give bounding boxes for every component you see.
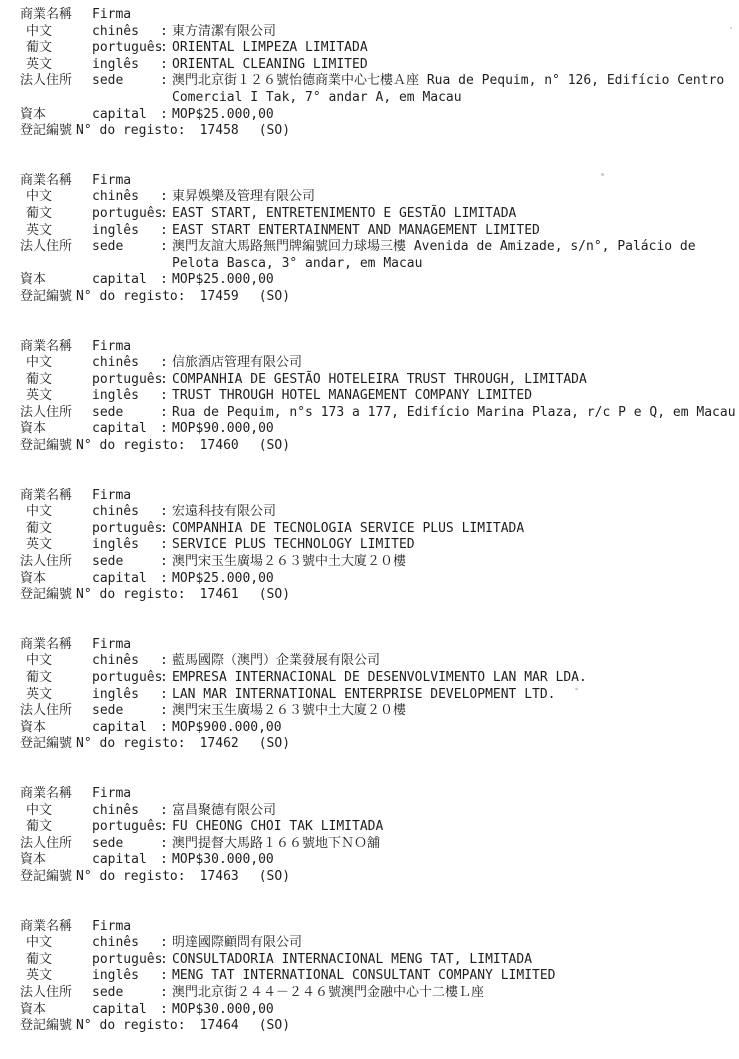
field-label-pt: português — [92, 952, 160, 969]
company-name-zh: 宏遠科技有限公司 — [172, 504, 276, 521]
field-label-pt: capital — [92, 272, 160, 289]
field-label-zh: 中文 — [20, 935, 92, 952]
field-label-zh: 資本 — [20, 571, 92, 588]
field-row-capital: 資本 capital : MOP$90.000,00 — [20, 421, 739, 438]
colon-separator: : — [160, 421, 172, 438]
field-label-zh: 法人住所 — [20, 73, 92, 106]
field-label-zh: 葡文 — [20, 40, 92, 57]
field-label-zh: 葡文 — [20, 952, 92, 969]
company-name-pt: COMPANHIA DE GESTÃO HOTELEIRA TRUST THRO… — [172, 372, 587, 389]
colon-separator: : — [160, 189, 172, 206]
field-label-pt: N° do registo: — [76, 123, 186, 140]
company-name-en: ORIENTAL CLEANING LIMITED — [172, 57, 368, 74]
field-row-sede: 法人住所 sede : 澳門北京街２４４－２４６號澳門金融中心十二樓Ｌ座 — [20, 985, 739, 1002]
colon-separator: : — [160, 206, 172, 223]
colon-separator: : — [160, 670, 172, 687]
field-row-capital: 資本 capital : MOP$30.000,00 — [20, 1002, 739, 1019]
registered-address: 澳門友誼大馬路無門牌編號回力球場三樓 Avenida de Amizade, s… — [172, 239, 696, 272]
colon-separator: : — [160, 803, 172, 820]
colon-separator: : — [160, 935, 172, 952]
colon-separator: : — [160, 239, 172, 272]
field-label-pt: sede — [92, 703, 160, 720]
field-label-pt: sede — [92, 554, 160, 571]
field-label-zh: 商業名稱 — [20, 488, 92, 505]
field-label-pt: chinês — [92, 935, 160, 952]
field-label-zh: 葡文 — [20, 372, 92, 389]
field-label-pt: português — [92, 670, 160, 687]
field-label-pt: sede — [92, 985, 160, 1002]
field-label-zh: 中文 — [20, 653, 92, 670]
registry-entry: 商業名稱 Firma 中文 chinês : 東昇娛樂及管理有限公司 葡文 po… — [20, 173, 739, 306]
field-label-pt: sede — [92, 73, 160, 106]
field-label-zh: 資本 — [20, 272, 92, 289]
field-label-zh: 資本 — [20, 852, 92, 869]
scan-noise-speck — [730, 27, 732, 29]
colon-separator: : — [160, 952, 172, 969]
field-label-pt: capital — [92, 1002, 160, 1019]
field-label-pt: chinês — [92, 803, 160, 820]
company-name-pt: FU CHEONG CHOI TAK LIMITADA — [172, 819, 383, 836]
field-row-registo: 登記編號 N° do registo: 17459 (SO) — [20, 289, 739, 306]
field-label-zh: 中文 — [20, 24, 92, 41]
field-row-chinese-name: 中文 chinês : 宏遠科技有限公司 — [20, 504, 739, 521]
field-label-pt: Firma — [92, 488, 160, 505]
registration-tag: (SO) — [259, 438, 290, 455]
field-row-english-name: 英文 inglês : MENG TAT INTERNATIONAL CONSU… — [20, 968, 739, 985]
field-row-capital: 資本 capital : MOP$30.000,00 — [20, 852, 739, 869]
capital-amount: MOP$90.000,00 — [172, 421, 274, 438]
colon-separator: : — [160, 985, 172, 1002]
registration-number: 17458 — [200, 123, 239, 140]
company-name-zh: 藍馬國際（澳門）企業發展有限公司 — [172, 653, 380, 670]
field-label-pt: N° do registo: — [76, 1018, 186, 1035]
field-label-zh: 登記編號 — [20, 1018, 72, 1035]
field-label-pt: português — [92, 372, 160, 389]
field-label-pt: capital — [92, 571, 160, 588]
company-name-pt: EAST START, ENTRETENIMENTO E GESTÃO LIMI… — [172, 206, 516, 223]
field-row-registo: 登記編號 N° do registo: 17461 (SO) — [20, 587, 739, 604]
field-row-firma: 商業名稱 Firma — [20, 488, 739, 505]
registration-tag: (SO) — [259, 1018, 290, 1035]
registration-tag: (SO) — [259, 123, 290, 140]
capital-amount: MOP$30.000,00 — [172, 852, 274, 869]
colon-separator: : — [160, 372, 172, 389]
field-row-firma: 商業名稱 Firma — [20, 637, 739, 654]
registration-number: 17464 — [200, 1018, 239, 1035]
field-row-english-name: 英文 inglês : TRUST THROUGH HOTEL MANAGEME… — [20, 388, 739, 405]
field-label-zh: 英文 — [20, 968, 92, 985]
field-label-pt: capital — [92, 421, 160, 438]
field-label-zh: 商業名稱 — [20, 7, 92, 24]
field-row-english-name: 英文 inglês : EAST START ENTERTAINMENT AND… — [20, 223, 739, 240]
field-label-pt: chinês — [92, 24, 160, 41]
colon-separator: : — [160, 355, 172, 372]
field-label-zh: 資本 — [20, 421, 92, 438]
field-row-firma: 商業名稱 Firma — [20, 339, 739, 356]
field-label-zh: 商業名稱 — [20, 637, 92, 654]
field-label-pt: inglês — [92, 968, 160, 985]
address-line: 澳門宋玉生廣場２６３號中土大廈２０樓 — [172, 554, 406, 571]
field-label-zh: 登記編號 — [20, 869, 72, 886]
capital-amount: MOP$30.000,00 — [172, 1002, 274, 1019]
field-label-zh: 英文 — [20, 223, 92, 240]
field-row-sede: 法人住所 sede : 澳門友誼大馬路無門牌編號回力球場三樓 Avenida d… — [20, 239, 739, 272]
address-line: Rua de Pequim, n°s 173 a 177, Edifício M… — [172, 405, 736, 422]
registry-entry: 商業名稱 Firma 中文 chinês : 信旅酒店管理有限公司 葡文 por… — [20, 339, 739, 455]
field-label-zh: 商業名稱 — [20, 173, 92, 190]
field-row-capital: 資本 capital : MOP$25.000,00 — [20, 571, 739, 588]
field-label-zh: 英文 — [20, 537, 92, 554]
field-label-zh: 登記編號 — [20, 736, 72, 753]
field-row-english-name: 英文 inglês : LAN MAR INTERNATIONAL ENTERP… — [20, 687, 739, 704]
registration-tag: (SO) — [259, 587, 290, 604]
field-row-portuguese-name: 葡文 português : EAST START, ENTRETENIMENT… — [20, 206, 739, 223]
registry-entry: 商業名稱 Firma 中文 chinês : 富昌聚德有限公司 葡文 portu… — [20, 786, 739, 886]
colon-separator: : — [160, 703, 172, 720]
company-name-pt: CONSULTADORIA INTERNACIONAL MENG TAT, LI… — [172, 952, 532, 969]
capital-amount: MOP$25.000,00 — [172, 571, 274, 588]
capital-amount: MOP$25.000,00 — [172, 272, 274, 289]
registration-number: 17461 — [200, 587, 239, 604]
field-row-sede: 法人住所 sede : Rua de Pequim, n°s 173 a 177… — [20, 405, 739, 422]
colon-separator: : — [160, 73, 172, 106]
field-label-zh: 登記編號 — [20, 587, 72, 604]
colon-separator: : — [160, 504, 172, 521]
field-label-pt: capital — [92, 107, 160, 124]
field-label-zh: 中文 — [20, 803, 92, 820]
address-line: 澳門北京街１２６號怡德商業中心七樓Ａ座 Rua de Pequim, n° 12… — [172, 73, 724, 90]
colon-separator: : — [160, 1002, 172, 1019]
field-row-registo: 登記編號 N° do registo: 17460 (SO) — [20, 438, 739, 455]
field-label-pt: Firma — [92, 7, 160, 24]
field-row-portuguese-name: 葡文 português : ORIENTAL LIMPEZA LIMITADA — [20, 40, 739, 57]
field-label-pt: Firma — [92, 786, 160, 803]
field-label-zh: 商業名稱 — [20, 786, 92, 803]
field-label-zh: 法人住所 — [20, 703, 92, 720]
field-row-portuguese-name: 葡文 português : COMPANHIA DE GESTÃO HOTEL… — [20, 372, 739, 389]
field-row-portuguese-name: 葡文 português : EMPRESA INTERNACIONAL DE … — [20, 670, 739, 687]
field-row-registo: 登記編號 N° do registo: 17462 (SO) — [20, 736, 739, 753]
company-name-zh: 東昇娛樂及管理有限公司 — [172, 189, 315, 206]
colon-separator: : — [160, 968, 172, 985]
colon-separator: : — [160, 836, 172, 853]
field-label-pt: capital — [92, 720, 160, 737]
colon-separator: : — [160, 819, 172, 836]
field-label-zh: 商業名稱 — [20, 919, 92, 936]
colon-separator: : — [160, 24, 172, 41]
field-label-pt: sede — [92, 405, 160, 422]
address-line: Pelota Basca, 3° andar, em Macau — [172, 256, 696, 273]
field-label-zh: 資本 — [20, 720, 92, 737]
field-row-portuguese-name: 葡文 português : FU CHEONG CHOI TAK LIMITA… — [20, 819, 739, 836]
field-label-zh: 葡文 — [20, 206, 92, 223]
colon-separator: : — [160, 653, 172, 670]
field-label-zh: 中文 — [20, 504, 92, 521]
colon-separator: : — [160, 223, 172, 240]
field-label-pt: Firma — [92, 919, 160, 936]
colon-separator: : — [160, 720, 172, 737]
field-label-pt: inglês — [92, 537, 160, 554]
field-label-pt: português — [92, 819, 160, 836]
field-row-chinese-name: 中文 chinês : 東方清潔有限公司 — [20, 24, 739, 41]
field-row-english-name: 英文 inglês : SERVICE PLUS TECHNOLOGY LIMI… — [20, 537, 739, 554]
registry-entry: 商業名稱 Firma 中文 chinês : 藍馬國際（澳門）企業發展有限公司 … — [20, 637, 739, 753]
company-name-en: SERVICE PLUS TECHNOLOGY LIMITED — [172, 537, 415, 554]
registration-number: 17462 — [200, 736, 239, 753]
registered-address: 澳門北京街１２６號怡德商業中心七樓Ａ座 Rua de Pequim, n° 12… — [172, 73, 724, 106]
company-name-zh: 東方清潔有限公司 — [172, 24, 276, 41]
field-label-pt: inglês — [92, 687, 160, 704]
field-label-pt: chinês — [92, 653, 160, 670]
field-label-pt: capital — [92, 852, 160, 869]
field-label-pt: inglês — [92, 388, 160, 405]
field-row-chinese-name: 中文 chinês : 富昌聚德有限公司 — [20, 803, 739, 820]
colon-separator: : — [160, 388, 172, 405]
field-row-sede: 法人住所 sede : 澳門宋玉生廣場２６３號中土大廈２０樓 — [20, 554, 739, 571]
field-label-pt: Firma — [92, 173, 160, 190]
field-label-pt: inglês — [92, 57, 160, 74]
field-label-pt: português — [92, 40, 160, 57]
field-label-pt: N° do registo: — [76, 587, 186, 604]
field-label-zh: 法人住所 — [20, 985, 92, 1002]
address-line: 澳門宋玉生廣場２６３號中土大廈２０樓 — [172, 703, 406, 720]
field-row-chinese-name: 中文 chinês : 藍馬國際（澳門）企業發展有限公司 — [20, 653, 739, 670]
address-line: 澳門提督大馬路１６６號地下ＮＯ舖 — [172, 836, 380, 853]
field-label-pt: Firma — [92, 637, 160, 654]
field-label-pt: português — [92, 206, 160, 223]
capital-amount: MOP$900.000,00 — [172, 720, 282, 737]
colon-separator: : — [160, 57, 172, 74]
address-line: 澳門北京街２４４－２４６號澳門金融中心十二樓Ｌ座 — [172, 985, 484, 1002]
field-label-zh: 法人住所 — [20, 405, 92, 422]
field-label-zh: 英文 — [20, 57, 92, 74]
field-label-zh: 商業名稱 — [20, 339, 92, 356]
field-label-pt: N° do registo: — [76, 869, 186, 886]
registry-entry: 商業名稱 Firma 中文 chinês : 明達國際顧問有限公司 葡文 por… — [20, 919, 739, 1035]
field-label-zh: 法人住所 — [20, 239, 92, 272]
field-label-pt: Firma — [92, 339, 160, 356]
field-row-capital: 資本 capital : MOP$25.000,00 — [20, 272, 739, 289]
field-row-registo: 登記編號 N° do registo: 17458 (SO) — [20, 123, 739, 140]
field-row-firma: 商業名稱 Firma — [20, 919, 739, 936]
registration-tag: (SO) — [259, 736, 290, 753]
field-label-zh: 資本 — [20, 107, 92, 124]
scan-noise-speck — [575, 688, 578, 690]
field-label-pt: inglês — [92, 223, 160, 240]
company-name-en: LAN MAR INTERNATIONAL ENTERPRISE DEVELOP… — [172, 687, 556, 704]
field-label-zh: 葡文 — [20, 521, 92, 538]
registration-number: 17463 — [200, 869, 239, 886]
registration-tag: (SO) — [259, 289, 290, 306]
colon-separator: : — [160, 272, 172, 289]
colon-separator: : — [160, 554, 172, 571]
company-name-zh: 信旅酒店管理有限公司 — [172, 355, 302, 372]
company-name-pt: COMPANHIA DE TECNOLOGIA SERVICE PLUS LIM… — [172, 521, 524, 538]
registry-entry: 商業名稱 Firma 中文 chinês : 東方清潔有限公司 葡文 portu… — [20, 7, 739, 140]
registration-number: 17460 — [200, 438, 239, 455]
registration-tag: (SO) — [259, 869, 290, 886]
field-row-sede: 法人住所 sede : 澳門北京街１２６號怡德商業中心七樓Ａ座 Rua de P… — [20, 73, 739, 106]
colon-separator: : — [160, 852, 172, 869]
field-label-pt: N° do registo: — [76, 438, 186, 455]
field-label-zh: 葡文 — [20, 819, 92, 836]
colon-separator: : — [160, 40, 172, 57]
field-label-zh: 登記編號 — [20, 123, 72, 140]
field-label-zh: 英文 — [20, 388, 92, 405]
field-row-capital: 資本 capital : MOP$25.000,00 — [20, 107, 739, 124]
registration-number: 17459 — [200, 289, 239, 306]
address-line: Comercial I Tak, 7° andar A, em Macau — [172, 90, 724, 107]
field-label-zh: 法人住所 — [20, 836, 92, 853]
field-label-pt: português — [92, 521, 160, 538]
field-row-chinese-name: 中文 chinês : 信旅酒店管理有限公司 — [20, 355, 739, 372]
field-row-registo: 登記編號 N° do registo: 17463 (SO) — [20, 869, 739, 886]
company-name-zh: 明達國際顧問有限公司 — [172, 935, 302, 952]
company-name-en: TRUST THROUGH HOTEL MANAGEMENT COMPANY L… — [172, 388, 532, 405]
company-name-en: MENG TAT INTERNATIONAL CONSULTANT COMPAN… — [172, 968, 556, 985]
address-line: 澳門友誼大馬路無門牌編號回力球場三樓 Avenida de Amizade, s… — [172, 239, 696, 256]
document-page: 商業名稱 Firma 中文 chinês : 東方清潔有限公司 葡文 portu… — [0, 0, 739, 1059]
field-label-pt: N° do registo: — [76, 289, 186, 306]
field-label-pt: chinês — [92, 504, 160, 521]
colon-separator: : — [160, 537, 172, 554]
field-row-sede: 法人住所 sede : 澳門提督大馬路１６６號地下ＮＯ舖 — [20, 836, 739, 853]
field-row-firma: 商業名稱 Firma — [20, 786, 739, 803]
field-row-capital: 資本 capital : MOP$900.000,00 — [20, 720, 739, 737]
field-row-firma: 商業名稱 Firma — [20, 173, 739, 190]
capital-amount: MOP$25.000,00 — [172, 107, 274, 124]
field-label-zh: 登記編號 — [20, 438, 72, 455]
field-row-firma: 商業名稱 Firma — [20, 7, 739, 24]
field-row-chinese-name: 中文 chinês : 東昇娛樂及管理有限公司 — [20, 189, 739, 206]
field-label-pt: N° do registo: — [76, 736, 186, 753]
company-name-zh: 富昌聚德有限公司 — [172, 803, 276, 820]
field-label-pt: chinês — [92, 355, 160, 372]
field-label-zh: 法人住所 — [20, 554, 92, 571]
field-label-zh: 中文 — [20, 189, 92, 206]
colon-separator: : — [160, 687, 172, 704]
field-label-zh: 英文 — [20, 687, 92, 704]
field-label-zh: 資本 — [20, 1002, 92, 1019]
scan-noise-speck — [601, 173, 604, 176]
field-label-zh: 登記編號 — [20, 289, 72, 306]
field-row-portuguese-name: 葡文 português : COMPANHIA DE TECNOLOGIA S… — [20, 521, 739, 538]
field-label-pt: sede — [92, 836, 160, 853]
field-label-pt: chinês — [92, 189, 160, 206]
field-row-registo: 登記編號 N° do registo: 17464 (SO) — [20, 1018, 739, 1035]
field-row-sede: 法人住所 sede : 澳門宋玉生廣場２６３號中土大廈２０樓 — [20, 703, 739, 720]
colon-separator: : — [160, 571, 172, 588]
company-name-en: EAST START ENTERTAINMENT AND MANAGEMENT … — [172, 223, 540, 240]
field-label-zh: 中文 — [20, 355, 92, 372]
colon-separator: : — [160, 405, 172, 422]
colon-separator: : — [160, 521, 172, 538]
field-row-chinese-name: 中文 chinês : 明達國際顧問有限公司 — [20, 935, 739, 952]
field-label-pt: sede — [92, 239, 160, 272]
registry-entry: 商業名稱 Firma 中文 chinês : 宏遠科技有限公司 葡文 portu… — [20, 488, 739, 604]
field-row-portuguese-name: 葡文 português : CONSULTADORIA INTERNACION… — [20, 952, 739, 969]
company-name-pt: EMPRESA INTERNACIONAL DE DESENVOLVIMENTO… — [172, 670, 587, 687]
company-name-pt: ORIENTAL LIMPEZA LIMITADA — [172, 40, 368, 57]
field-label-zh: 葡文 — [20, 670, 92, 687]
colon-separator: : — [160, 107, 172, 124]
field-row-english-name: 英文 inglês : ORIENTAL CLEANING LIMITED — [20, 57, 739, 74]
